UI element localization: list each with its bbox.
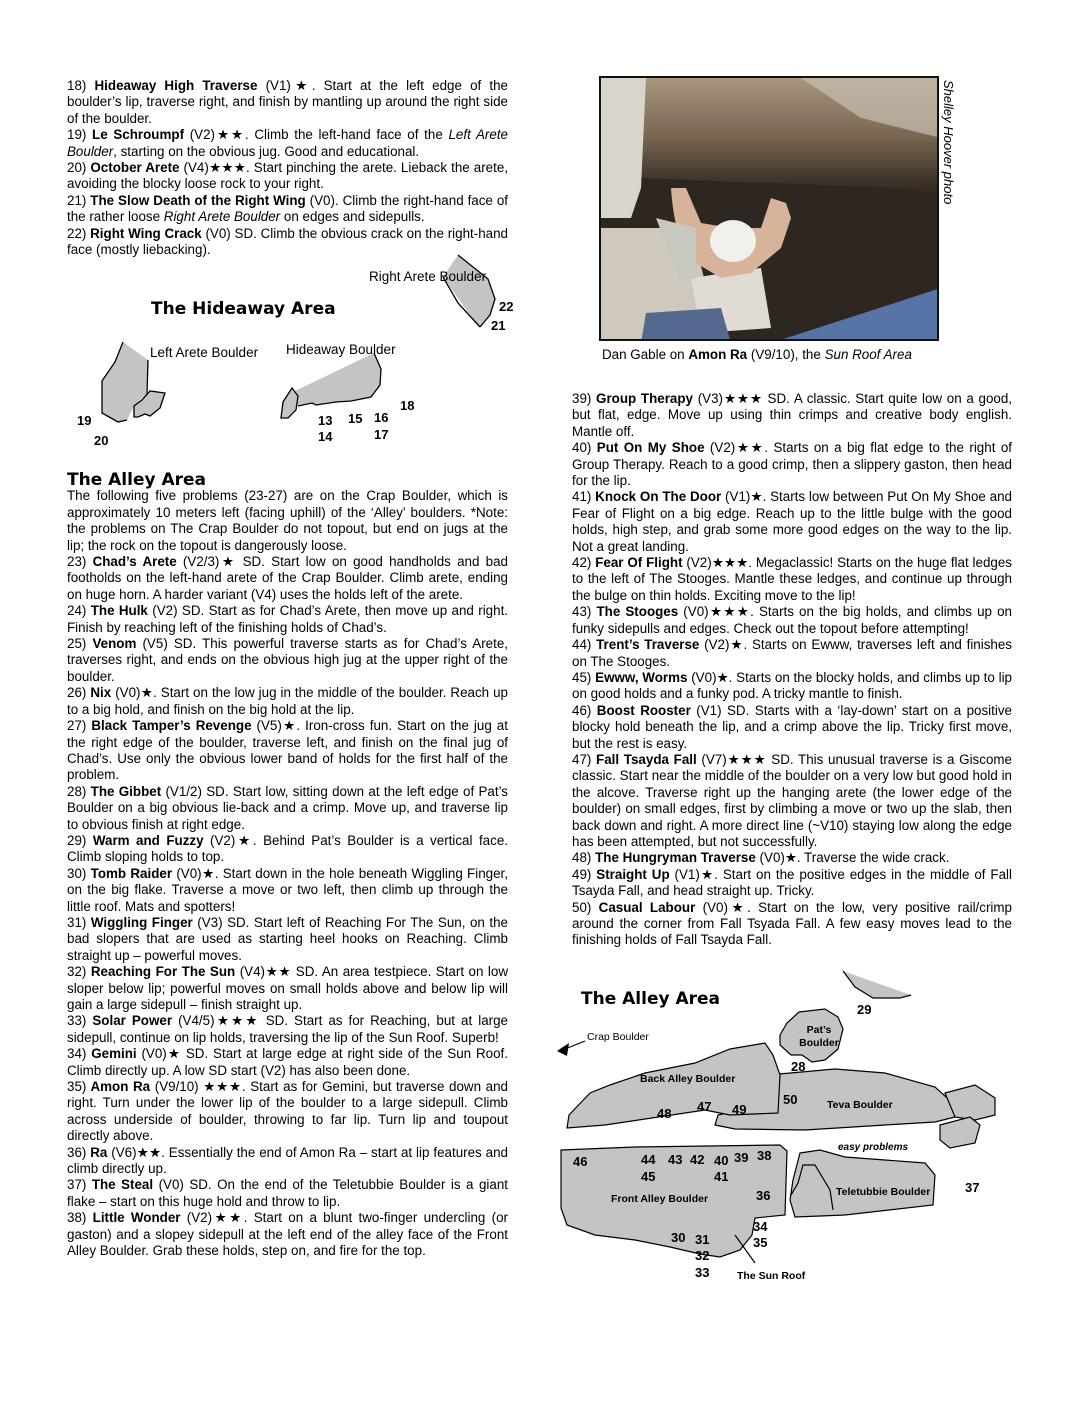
problem-number: 48) xyxy=(572,850,591,865)
problem-grade: (V6)★★. xyxy=(107,1145,164,1160)
problem-number: 47) xyxy=(572,752,591,767)
problem-entry: 26) Nix (V0)★. Start on the low jug in t… xyxy=(67,685,508,718)
problem-grade: (V2/3)★ SD. xyxy=(177,554,265,569)
problem-number: 39) xyxy=(572,391,591,406)
problem-number-21: 21 xyxy=(491,318,505,333)
problem-entry: 42) Fear Of Flight (V2)★★★. Megaclassic!… xyxy=(572,555,1012,604)
photo-credit: Shelley Hoover photo xyxy=(941,80,956,204)
problem-grade: (V0) SD. xyxy=(153,1177,212,1192)
problem-number-20: 20 xyxy=(94,433,108,448)
problem-entry: 31) Wiggling Finger (V3) SD. Start left … xyxy=(67,915,508,964)
problem-entry: 28) The Gibbet (V1/2) SD. Start low, sit… xyxy=(67,784,508,833)
problem-number: 20) xyxy=(67,160,86,175)
problem-grade: (V0)★. xyxy=(111,685,157,700)
hideaway-boulder-label: Hideaway Boulder xyxy=(286,342,396,357)
problem-number-22: 22 xyxy=(499,299,513,314)
problem-grade: (V2)★. xyxy=(699,637,747,652)
caption-middle: (V9/10), the xyxy=(747,347,824,362)
problem-name: Right Wing Crack xyxy=(86,226,201,241)
problem-number: 46) xyxy=(572,703,591,718)
problem-grade: (V0)★. xyxy=(687,670,732,685)
problem-name: Put On My Shoe xyxy=(591,440,704,455)
problem-number-31: 31 xyxy=(695,1232,709,1247)
left-column: 18) Hideaway High Traverse (V1)★. Start … xyxy=(67,78,508,258)
problem-grade: (V1)★. xyxy=(670,867,718,882)
problem-name: Reaching For The Sun xyxy=(86,964,235,979)
alley-area-section: The Alley Area The following five proble… xyxy=(67,472,508,1260)
problem-entry: 35) Amon Ra (V9/10) ★★★. Start as for Ge… xyxy=(67,1079,508,1145)
problem-grade: (V1)★. xyxy=(721,489,766,504)
problem-name: Amon Ra xyxy=(86,1079,150,1094)
hideaway-area-title: The Hideaway Area xyxy=(151,299,336,319)
problem-grade: (V1)★. xyxy=(257,78,315,93)
problem-number-17: 17 xyxy=(374,427,388,442)
crap-boulder-label: Crap Boulder xyxy=(587,1031,649,1043)
alley-map-shapes xyxy=(555,965,995,1295)
problem-number: 26) xyxy=(67,685,86,700)
alley-area-intro: The following five problems (23-27) are … xyxy=(67,488,508,554)
problem-number: 18) xyxy=(67,78,86,93)
problem-grade: (V4)★★★. xyxy=(180,160,250,175)
pats-boulder-label: Pat’s Boulder xyxy=(799,1024,839,1050)
problem-number-44: 44 xyxy=(641,1152,655,1167)
problem-number-29: 29 xyxy=(857,1002,871,1017)
problem-name: Boost Rooster xyxy=(591,703,690,718)
problem-name: Straight Up xyxy=(591,867,669,882)
problem-grade: (V0)★★★. xyxy=(678,604,754,619)
problem-name: Chad’s Arete xyxy=(86,554,176,569)
problem-list-hideaway: 18) Hideaway High Traverse (V1)★. Start … xyxy=(67,78,508,258)
problem-number: 45) xyxy=(572,670,591,685)
right-column: 39) Group Therapy (V3)★★★ SD. A classic.… xyxy=(572,391,1012,949)
problem-name: Venom xyxy=(86,636,136,651)
problem-number-50: 50 xyxy=(783,1092,797,1107)
problem-number-49: 49 xyxy=(732,1102,746,1117)
problem-entry: 46) Boost Rooster (V1) SD. Starts with a… xyxy=(572,703,1012,752)
problem-number-40: 40 xyxy=(714,1153,728,1168)
photo-image xyxy=(601,78,939,341)
problem-number-42: 42 xyxy=(690,1152,704,1167)
problem-entry: 49) Straight Up (V1)★. Start on the posi… xyxy=(572,867,1012,900)
problem-grade: (V0)★. xyxy=(695,900,751,915)
problem-number: 19) xyxy=(67,127,86,142)
problem-number-34: 34 xyxy=(753,1219,767,1234)
problem-number-19: 19 xyxy=(77,413,91,428)
problem-entry: 41) Knock On The Door (V1)★. Starts low … xyxy=(572,489,1012,555)
problem-number: 33) xyxy=(67,1013,86,1028)
problem-number: 31) xyxy=(67,915,86,930)
problem-number: 25) xyxy=(67,636,86,651)
problem-name: Ra xyxy=(86,1145,107,1160)
problem-name: Group Therapy xyxy=(591,391,693,406)
problem-grade: (V0)★. xyxy=(172,866,218,881)
problem-number-47: 47 xyxy=(697,1099,711,1114)
right-arete-boulder-label: Right Arete Boulder xyxy=(369,269,486,284)
left-arete-boulder-label: Left Arete Boulder xyxy=(150,345,258,360)
problem-entry: 18) Hideaway High Traverse (V1)★. Start … xyxy=(67,78,508,127)
climber-photo xyxy=(599,76,939,341)
teva-boulder-label: Teva Boulder xyxy=(827,1099,893,1111)
problem-list-alley-right: 39) Group Therapy (V3)★★★ SD. A classic.… xyxy=(572,391,1012,949)
alley-area-heading: The Alley Area xyxy=(67,472,508,488)
problem-number: 34) xyxy=(67,1046,86,1061)
problem-entry: 33) Solar Power (V4/5)★★★ SD. Start as f… xyxy=(67,1013,508,1046)
problem-entry: 29) Warm and Fuzzy (V2)★. Behind Pat’s B… xyxy=(67,833,508,866)
problem-grade: (V3)★★★ SD. xyxy=(693,391,790,406)
problem-name: Wiggling Finger xyxy=(86,915,192,930)
problem-entry: 38) Little Wonder (V2)★★. Start on a blu… xyxy=(67,1210,508,1259)
problem-number: 32) xyxy=(67,964,86,979)
problem-name: The Stooges xyxy=(591,604,678,619)
easy-problems-label: easy problems xyxy=(838,1142,908,1153)
problem-description: on edges and sidepulls. xyxy=(280,209,424,224)
problem-entry: 30) Tomb Raider (V0)★. Start down in the… xyxy=(67,866,508,915)
problem-entry: 23) Chad’s Arete (V2/3)★ SD. Start low o… xyxy=(67,554,508,603)
problem-description: Climb the left-hand face of the xyxy=(249,127,449,142)
problem-grade: (V2)★★. xyxy=(184,127,249,142)
problem-number: 27) xyxy=(67,718,86,733)
teletubbie-boulder-label: Teletubbie Boulder xyxy=(836,1186,930,1198)
problem-grade: (V2)★★. xyxy=(705,440,769,455)
problem-number-48: 48 xyxy=(657,1106,671,1121)
problem-name: The Hulk xyxy=(86,603,148,618)
problem-grade: (V7)★★★ SD. xyxy=(697,752,794,767)
problem-number-37: 37 xyxy=(965,1180,979,1195)
problem-number-18: 18 xyxy=(400,398,414,413)
problem-number: 29) xyxy=(67,833,86,848)
problem-number-39: 39 xyxy=(734,1150,748,1165)
problem-number-45: 45 xyxy=(641,1169,655,1184)
problem-name: Fall Tsayda Fall xyxy=(591,752,696,767)
problem-entry: 44) Trent’s Traverse (V2)★. Starts on Ew… xyxy=(572,637,1012,670)
problem-number: 21) xyxy=(67,193,86,208)
problem-number: 36) xyxy=(67,1145,86,1160)
problem-name: Trent’s Traverse xyxy=(591,637,699,652)
problem-name: Black Tamper’s Revenge xyxy=(86,718,251,733)
problem-name: Ewww, Worms xyxy=(591,670,687,685)
problem-number-13: 13 xyxy=(318,413,332,428)
problem-grade: (V0) SD. xyxy=(202,226,257,241)
problem-description: , starting on the obvious jug. Good and … xyxy=(113,144,419,159)
problem-name: Solar Power xyxy=(86,1013,172,1028)
problem-number-38: 38 xyxy=(757,1148,771,1163)
problem-number-30: 30 xyxy=(671,1230,685,1245)
problem-entry: 32) Reaching For The Sun (V4)★★ SD. An a… xyxy=(67,964,508,1013)
problem-name: The Slow Death of the Right Wing xyxy=(86,193,305,208)
boulder-name: Right Arete Boulder xyxy=(164,209,280,224)
problem-entry: 37) The Steal (V0) SD. On the end of the… xyxy=(67,1177,508,1210)
caption-prefix: Dan Gable on xyxy=(602,347,688,362)
problem-grade: (V0)★ SD. xyxy=(137,1046,209,1061)
problem-number: 28) xyxy=(67,784,86,799)
problem-number: 44) xyxy=(572,637,591,652)
problem-grade: (V2) SD. xyxy=(148,603,204,618)
problem-grade: (V1/2) SD. xyxy=(161,784,228,799)
problem-number: 22) xyxy=(67,226,86,241)
problem-number-16: 16 xyxy=(374,410,388,425)
problem-name: Tomb Raider xyxy=(86,866,172,881)
problem-entry: 20) October Arete (V4)★★★. Start pinchin… xyxy=(67,160,508,193)
problem-number-28: 28 xyxy=(791,1059,805,1074)
problem-name: The Steal xyxy=(86,1177,153,1192)
problem-grade: (V0). xyxy=(306,193,339,208)
problem-name: Le Schroumpf xyxy=(86,127,184,142)
problem-name: Nix xyxy=(86,685,111,700)
problem-number: 38) xyxy=(67,1210,86,1225)
problem-name: Gemini xyxy=(86,1046,136,1061)
problem-entry: 50) Casual Labour (V0)★. Start on the lo… xyxy=(572,900,1012,949)
problem-entry: 40) Put On My Shoe (V2)★★. Starts on a b… xyxy=(572,440,1012,489)
caption-area: Sun Roof Area xyxy=(825,347,912,362)
problem-grade: (V9/10) ★★★. xyxy=(150,1079,246,1094)
problem-entry: 43) The Stooges (V0)★★★. Starts on the b… xyxy=(572,604,1012,637)
problem-name: Casual Labour xyxy=(591,900,695,915)
problem-name: The Gibbet xyxy=(86,784,161,799)
problem-name: Knock On The Door xyxy=(591,489,721,504)
problem-number: 41) xyxy=(572,489,591,504)
problem-grade: (V4)★★ SD. xyxy=(235,964,318,979)
problem-number: 40) xyxy=(572,440,591,455)
problem-grade: (V2)★★★. xyxy=(683,555,752,570)
problem-number: 24) xyxy=(67,603,86,618)
problem-entry: 21) The Slow Death of the Right Wing (V0… xyxy=(67,193,508,226)
problem-entry: 45) Ewww, Worms (V0)★. Starts on the blo… xyxy=(572,670,1012,703)
problem-number: 42) xyxy=(572,555,591,570)
problem-list-alley-left: 23) Chad’s Arete (V2/3)★ SD. Start low o… xyxy=(67,554,508,1259)
problem-name: Hideaway High Traverse xyxy=(86,78,257,93)
back-alley-boulder-label: Back Alley Boulder xyxy=(640,1073,735,1085)
problem-entry: 47) Fall Tsayda Fall (V7)★★★ SD. This un… xyxy=(572,752,1012,850)
problem-name: The Hungryman Traverse xyxy=(591,850,755,865)
problem-number: 43) xyxy=(572,604,591,619)
problem-number: 30) xyxy=(67,866,86,881)
problem-entry: 25) Venom (V5) SD. This powerful travers… xyxy=(67,636,508,685)
problem-name: Warm and Fuzzy xyxy=(86,833,203,848)
problem-number: 37) xyxy=(67,1177,86,1192)
problem-number-43: 43 xyxy=(668,1152,682,1167)
problem-number-33: 33 xyxy=(695,1265,709,1280)
problem-entry: 24) The Hulk (V2) SD. Start as for Chad’… xyxy=(67,603,508,636)
problem-number-36: 36 xyxy=(756,1188,770,1203)
problem-number: 50) xyxy=(572,900,591,915)
problem-entry: 34) Gemini (V0)★ SD. Start at large edge… xyxy=(67,1046,508,1079)
problem-entry: 36) Ra (V6)★★. Essentially the end of Am… xyxy=(67,1145,508,1178)
problem-number-15: 15 xyxy=(348,411,362,426)
problem-number: 35) xyxy=(67,1079,86,1094)
problem-grade: (V4/5)★★★ SD. xyxy=(172,1013,288,1028)
caption-problem-name: Amon Ra xyxy=(688,347,747,362)
problem-grade: (V2)★★. xyxy=(181,1210,248,1225)
problem-grade: (V1) SD. xyxy=(691,703,750,718)
front-alley-boulder-label: Front Alley Boulder xyxy=(611,1193,708,1205)
problem-number: 23) xyxy=(67,554,86,569)
photo-caption: Dan Gable on Amon Ra (V9/10), the Sun Ro… xyxy=(602,347,912,362)
problem-name: October Arete xyxy=(86,160,179,175)
problem-grade: (V3) SD. xyxy=(193,915,250,930)
problem-grade: (V5)★. xyxy=(252,718,301,733)
problem-number: 49) xyxy=(572,867,591,882)
hideaway-boulder-shape xyxy=(278,345,408,425)
problem-number-46: 46 xyxy=(573,1154,587,1169)
problem-description: Traverse the wide crack. xyxy=(801,850,950,865)
problem-name: Fear Of Flight xyxy=(591,555,682,570)
problem-entry: 39) Group Therapy (V3)★★★ SD. A classic.… xyxy=(572,391,1012,440)
problem-entry: 27) Black Tamper’s Revenge (V5)★. Iron-c… xyxy=(67,718,508,784)
problem-entry: 19) Le Schroumpf (V2)★★. Climb the left-… xyxy=(67,127,508,160)
problem-grade: (V5) SD. xyxy=(136,636,196,651)
problem-entry: 48) The Hungryman Traverse (V0)★. Traver… xyxy=(572,850,1012,866)
problem-number-35: 35 xyxy=(753,1235,767,1250)
problem-number-14: 14 xyxy=(318,429,332,444)
problem-grade: (V0)★. xyxy=(756,850,801,865)
problem-number-41: 41 xyxy=(714,1169,728,1184)
sun-roof-label: The Sun Roof xyxy=(737,1270,805,1282)
problem-name: Little Wonder xyxy=(86,1210,180,1225)
problem-number-32: 32 xyxy=(695,1248,709,1263)
problem-grade: (V2)★. xyxy=(204,833,257,848)
